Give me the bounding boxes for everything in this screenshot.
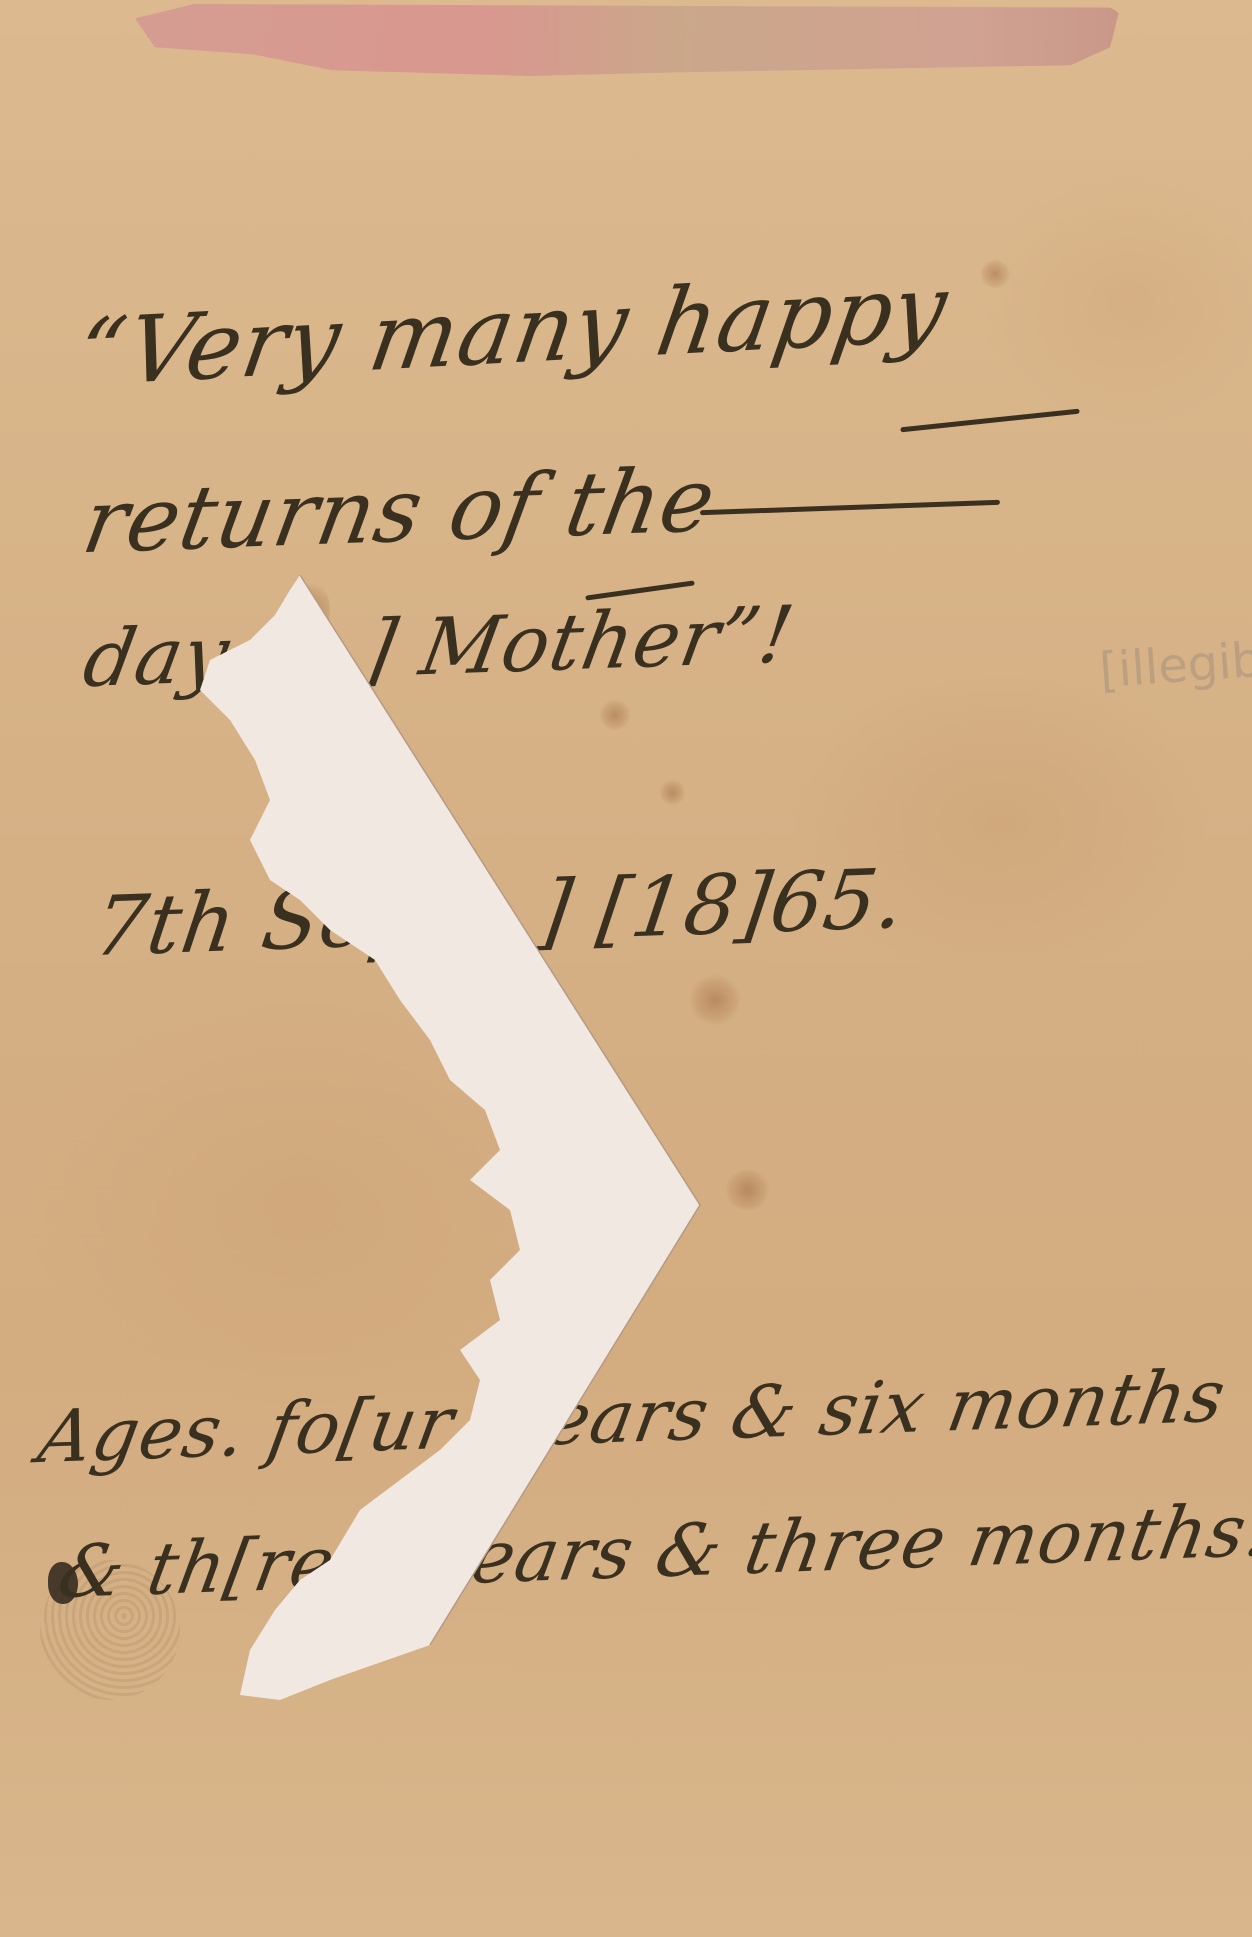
inscription-ages-2: & th[ree y]ears & three months.: [53, 1487, 1252, 1614]
inscription-ages-1: Ages. fo[ur y]ears & six months: [33, 1353, 1233, 1479]
foxing-spot: [725, 1170, 770, 1210]
faint-stamp-mark: [illegible]: [1098, 637, 1193, 713]
underline-stroke: [700, 500, 1000, 515]
foxing-spot: [600, 700, 630, 730]
foxing-spot: [690, 975, 740, 1025]
photo-card-back: [illegible] “Very many happy returns of …: [0, 0, 1252, 1937]
foxing-spot: [660, 780, 685, 805]
inscription-date: 7th Sep[…] [18]65.: [88, 851, 911, 975]
foxing-spot: [980, 260, 1010, 288]
inscription-line-greeting-1: “Very many happy: [69, 254, 955, 408]
adhesive-residue-strip: [135, 4, 1120, 76]
inscription-line-greeting-2: returns of the: [76, 448, 724, 574]
underline-stroke: [900, 409, 1080, 433]
inscription-line-greeting-3: day […] Mother”!: [77, 590, 801, 705]
